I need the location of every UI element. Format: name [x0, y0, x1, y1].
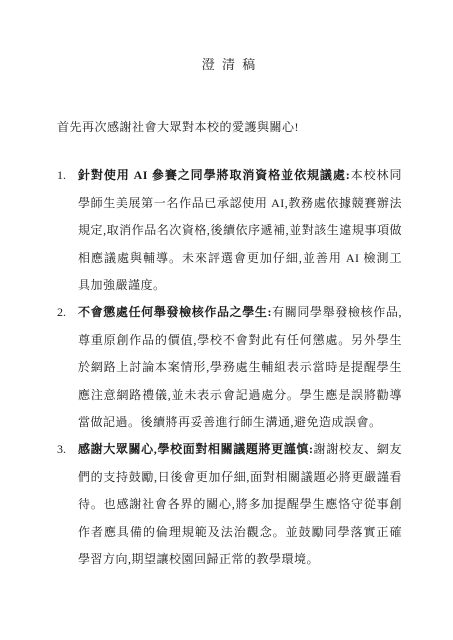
document-page: 澄 清 稿 首先再次感謝社會大眾對本校的愛護與關心! 1. 針對使用 AI 參賽…	[0, 0, 453, 640]
item-heading: 感謝大眾關心,學校面對相關議題將更謹慎:	[78, 442, 314, 456]
list-item-1: 1. 針對使用 AI 參賽之同學將取消資格並依規議處:本校林同學師生美展第一名作…	[57, 162, 402, 299]
item-number: 3.	[57, 436, 78, 463]
intro-paragraph: 首先再次感謝社會大眾對本校的愛護與關心!	[57, 114, 402, 141]
item-body: 謝謝校友、網友們的支持鼓勵,日後會更加仔細,面對相關議題必將更嚴謹看待。也感謝社…	[78, 442, 402, 566]
item-number: 2.	[57, 299, 78, 326]
item-heading: 針對使用 AI 參賽之同學將取消資格並依規議處:	[78, 168, 350, 182]
item-text: 不會懲處任何舉發檢核作品之學生:有關同學舉發檢核作品,尊重原創作品的價值,學校不…	[78, 299, 402, 436]
item-text: 感謝大眾關心,學校面對相關議題將更謹慎:謝謝校友、網友們的支持鼓勵,日後會更加仔…	[78, 436, 402, 573]
page-title: 澄 清 稿	[57, 56, 402, 74]
item-body: 本校林同學師生美展第一名作品已承認使用 AI,教務處依據競賽辦法規定,取消作品名…	[78, 168, 402, 292]
list-item-2: 2. 不會懲處任何舉發檢核作品之學生:有關同學舉發檢核作品,尊重原創作品的價值,…	[57, 299, 402, 436]
list-item-3: 3. 感謝大眾關心,學校面對相關議題將更謹慎:謝謝校友、網友們的支持鼓勵,日後會…	[57, 436, 402, 573]
item-heading: 不會懲處任何舉發檢核作品之學生:	[78, 305, 272, 319]
item-body: 有關同學舉發檢核作品,尊重原創作品的價值,學校不會對此有任何懲處。另外學生於網路…	[78, 305, 402, 429]
item-number: 1.	[57, 162, 78, 189]
clarification-list: 1. 針對使用 AI 參賽之同學將取消資格並依規議處:本校林同學師生美展第一名作…	[57, 162, 402, 573]
item-text: 針對使用 AI 參賽之同學將取消資格並依規議處:本校林同學師生美展第一名作品已承…	[78, 162, 402, 299]
